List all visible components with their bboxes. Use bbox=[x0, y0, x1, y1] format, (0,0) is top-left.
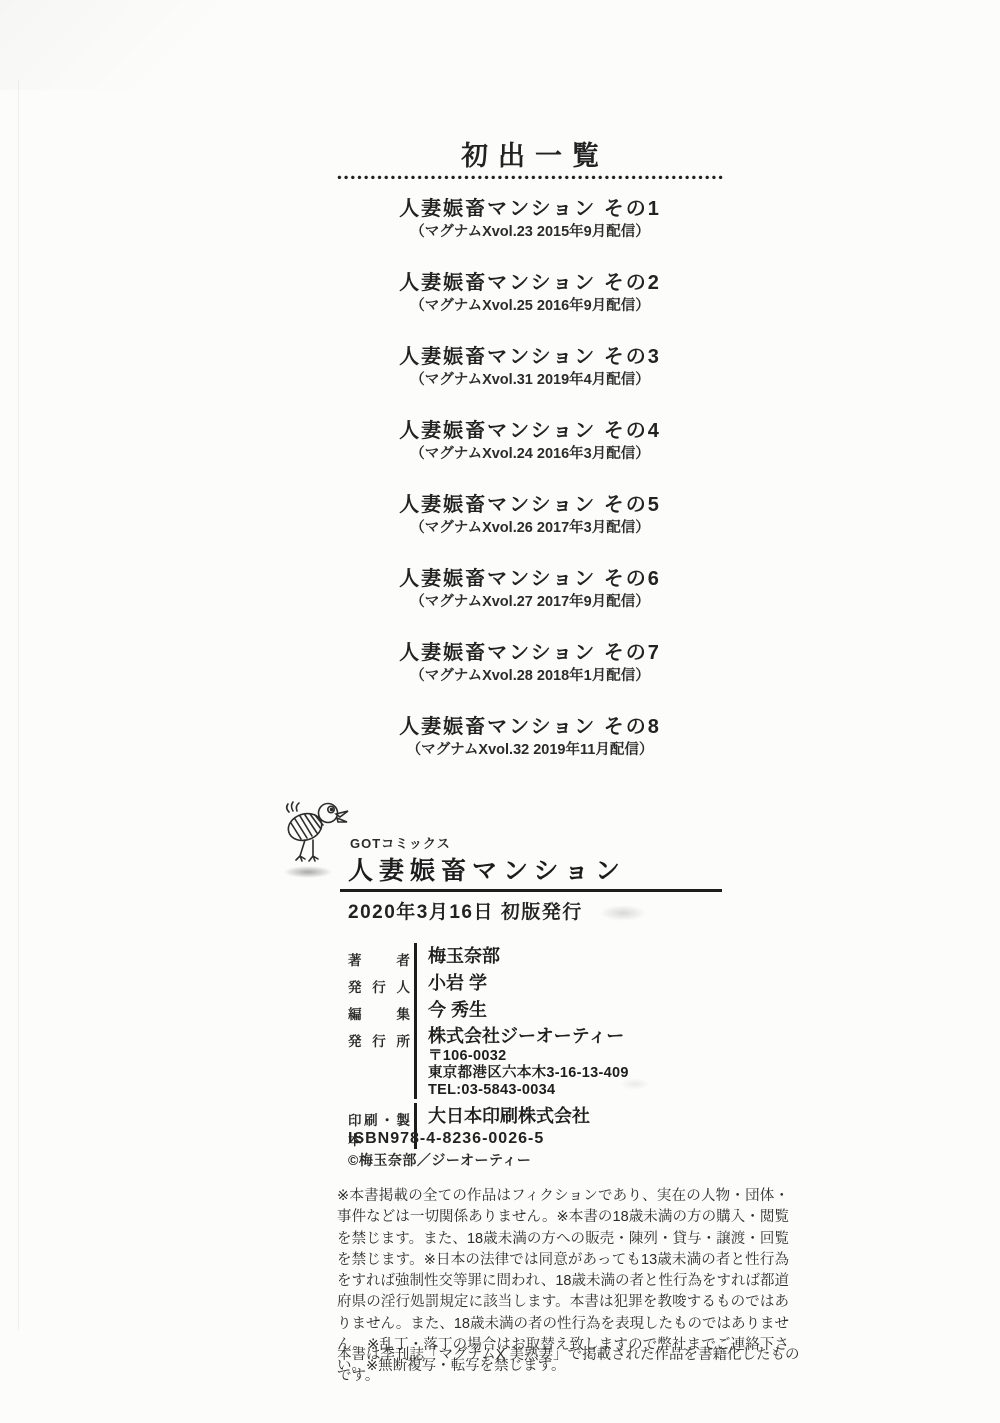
scan-shading-artifact bbox=[0, 0, 260, 90]
imprint-label: GOTコミックス bbox=[350, 833, 451, 852]
first-publication-list: 初出一覧 人妻娠畜マンション その1 （マグナムXvol.23 2015年9月配… bbox=[337, 140, 723, 760]
colophon-page: 初出一覧 人妻娠畜マンション その1 （マグナムXvol.23 2015年9月配… bbox=[0, 0, 1000, 1423]
work-source: （マグナムXvol.23 2015年9月配信） bbox=[337, 223, 723, 242]
list-item: 人妻娠畜マンション その8 （マグナムXvol.32 2019年11月配信） bbox=[337, 714, 723, 760]
work-source: （マグナムXvol.28 2018年1月配信） bbox=[337, 667, 723, 686]
title-rule bbox=[340, 889, 722, 892]
credit-label: 発行所 bbox=[348, 1024, 410, 1099]
list-item: 人妻娠畜マンション その1 （マグナムXvol.23 2015年9月配信） bbox=[337, 196, 723, 242]
credit-value: 株式会社ジーオーティー 〒106-0032 東京都港区六本木3-16-13-40… bbox=[414, 1024, 629, 1099]
list-item: 人妻娠畜マンション その7 （マグナムXvol.28 2018年1月配信） bbox=[337, 640, 723, 686]
credit-label: 発行人 bbox=[348, 970, 410, 997]
credit-row-editor: 編集 今 秀生 bbox=[348, 997, 768, 1024]
credit-label: 著者 bbox=[348, 943, 410, 970]
isbn: ISBN978-4-8236-0026-5 bbox=[348, 1130, 544, 1148]
work-title: 人妻娠畜マンション その5 bbox=[337, 492, 723, 518]
list-item: 人妻娠畜マンション その4 （マグナムXvol.24 2016年3月配信） bbox=[337, 418, 723, 464]
bird-shadow bbox=[284, 866, 332, 878]
work-title: 人妻娠畜マンション その2 bbox=[337, 270, 723, 296]
credit-value: 小岩 学 bbox=[414, 970, 487, 997]
publication-list: 人妻娠畜マンション その1 （マグナムXvol.23 2015年9月配信） 人妻… bbox=[337, 196, 723, 760]
list-item: 人妻娠畜マンション その3 （マグナムXvol.31 2019年4月配信） bbox=[337, 344, 723, 390]
work-source: （マグナムXvol.26 2017年3月配信） bbox=[337, 519, 723, 538]
work-source: （マグナムXvol.24 2016年3月配信） bbox=[337, 445, 723, 464]
scan-edge-artifact bbox=[18, 80, 19, 1330]
list-item: 人妻娠畜マンション その2 （マグナムXvol.25 2016年9月配信） bbox=[337, 270, 723, 316]
publisher-postal-code: 〒106-0032 bbox=[428, 1048, 629, 1065]
dotted-divider bbox=[337, 175, 723, 180]
publisher-phone: TEL:03-5843-0034 bbox=[428, 1082, 629, 1099]
work-title: 人妻娠畜マンション その1 bbox=[337, 196, 723, 222]
work-source: （マグナムXvol.27 2017年9月配信） bbox=[337, 593, 723, 612]
publisher-address: 東京都港区六本木3-16-13-409 bbox=[428, 1065, 629, 1082]
book-title: 人妻娠畜マンション bbox=[348, 851, 626, 887]
work-title: 人妻娠畜マンション その6 bbox=[337, 566, 723, 592]
edition-date: 2020年3月16日 初版発行 bbox=[348, 897, 583, 924]
credit-row-publisher-person: 発行人 小岩 学 bbox=[348, 970, 768, 997]
credit-row-author: 著者 梅玉奈部 bbox=[348, 943, 768, 970]
credit-row-publishing-house: 発行所 株式会社ジーオーティー 〒106-0032 東京都港区六本木3-16-1… bbox=[348, 1024, 768, 1099]
serialization-note: 本書は季刊誌「マグナムX 美熟妻」で掲載された作品を書籍化したものです。 bbox=[337, 1343, 807, 1385]
publisher-name: 株式会社ジーオーティー bbox=[428, 1026, 624, 1046]
credit-value: 今 秀生 bbox=[414, 997, 487, 1024]
credit-label: 編集 bbox=[348, 997, 410, 1024]
work-source: （マグナムXvol.32 2019年11月配信） bbox=[337, 741, 723, 760]
list-item: 人妻娠畜マンション その6 （マグナムXvol.27 2017年9月配信） bbox=[337, 566, 723, 612]
page-title: 初出一覧 bbox=[337, 140, 723, 172]
work-title: 人妻娠畜マンション その7 bbox=[337, 640, 723, 666]
credit-value: 梅玉奈部 bbox=[414, 943, 500, 970]
copyright: ©梅玉奈部／ジーオーティー bbox=[348, 1150, 531, 1170]
work-source: （マグナムXvol.31 2019年4月配信） bbox=[337, 371, 723, 390]
work-title: 人妻娠畜マンション その3 bbox=[337, 344, 723, 370]
scan-smudge bbox=[600, 905, 646, 921]
work-title: 人妻娠畜マンション その8 bbox=[337, 714, 723, 740]
list-item: 人妻娠畜マンション その5 （マグナムXvol.26 2017年3月配信） bbox=[337, 492, 723, 538]
bird-doodle-icon bbox=[281, 798, 351, 869]
credits-table: 著者 梅玉奈部 発行人 小岩 学 編集 今 秀生 発行所 株式会社ジーオーティー… bbox=[348, 943, 768, 1149]
work-source: （マグナムXvol.25 2016年9月配信） bbox=[337, 297, 723, 316]
work-title: 人妻娠畜マンション その4 bbox=[337, 418, 723, 444]
